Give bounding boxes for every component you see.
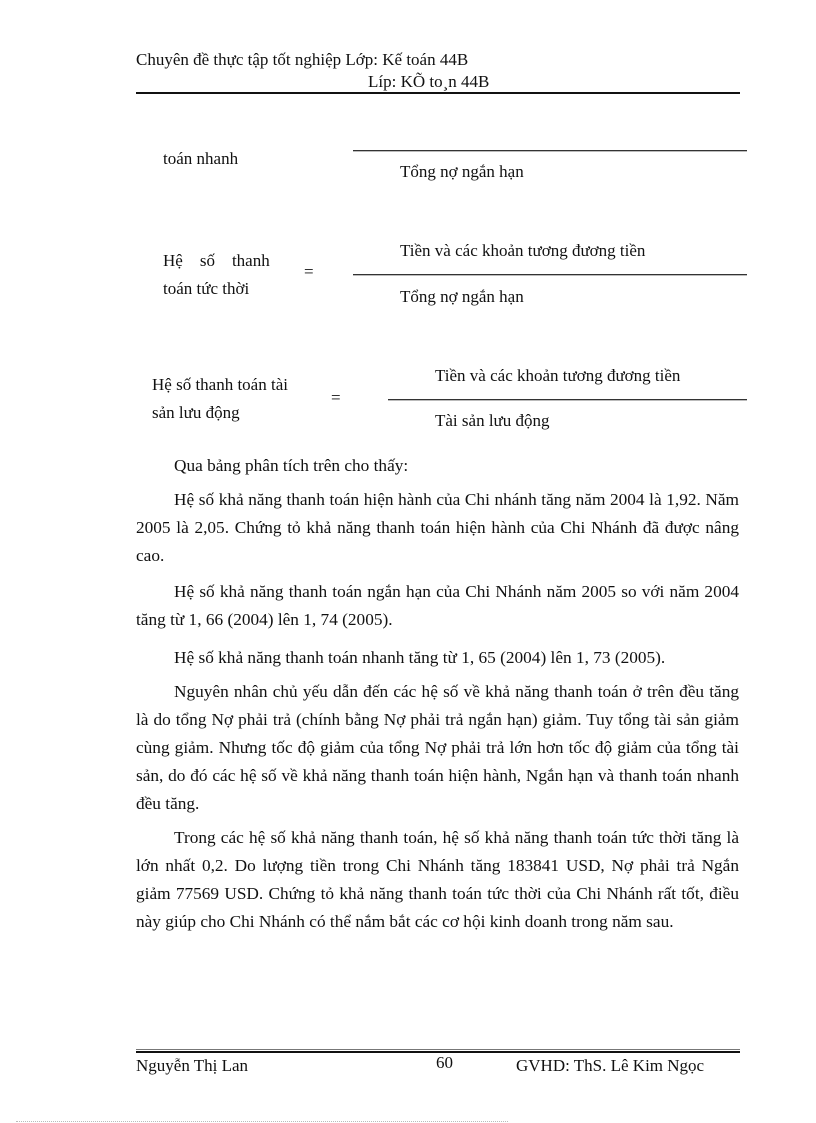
- formula-label-line1: Hệ số thanh toán tài: [152, 375, 288, 395]
- formula-denominator: Tài sản lưu động: [435, 411, 550, 431]
- equals-sign: =: [304, 262, 314, 282]
- paragraph-quick-ratio: Hệ số khả năng thanh toán nhanh tăng từ …: [136, 644, 739, 672]
- header-class-garbled: Líp: KÕ to¸n 44B: [368, 72, 489, 92]
- page-edge-dotted-line: [16, 1121, 508, 1122]
- header-title: Chuyên đề thực tập tốt nghiệp Lớp: Kế to…: [136, 50, 468, 70]
- equals-sign: =: [331, 388, 341, 408]
- paragraph-short-term-ratio: Hệ số khả năng thanh toán ngắn hạn của C…: [136, 578, 739, 634]
- formula-denominator: Tổng nợ ngắn hạn: [400, 287, 524, 307]
- formula-label-line2: toán tức thời: [163, 279, 249, 299]
- formula-denominator: Tổng nợ ngắn hạn: [400, 162, 524, 182]
- footer-author: Nguyễn Thị Lan: [136, 1056, 248, 1076]
- header-rule: [136, 92, 740, 94]
- fraction-line: [353, 274, 747, 276]
- intro-text: Qua bảng phân tích trên cho thấy:: [136, 452, 739, 480]
- paragraph-cause: Nguyên nhân chủ yếu dẫn đến các hệ số về…: [136, 678, 739, 818]
- formula-label: toán nhanh: [163, 149, 238, 169]
- page-number: 60: [436, 1053, 453, 1073]
- paragraph-instant-ratio: Trong các hệ số khả năng thanh toán, hệ …: [136, 824, 739, 936]
- formula-label-line2: sản lưu động: [152, 403, 240, 423]
- formula-numerator: Tiền và các khoản tương đương tiền: [400, 241, 645, 261]
- label-text: Hệ số thanh: [163, 251, 270, 270]
- formula-numerator: Tiền và các khoản tương đương tiền: [435, 366, 680, 386]
- footer-rule-thin: [136, 1049, 740, 1050]
- footer-advisor: GVHD: ThS. Lê Kim Ngọc: [516, 1056, 704, 1076]
- fraction-line: [353, 150, 747, 152]
- formula-label-line1: Hệ số thanh: [163, 251, 270, 271]
- fraction-line: [388, 399, 747, 401]
- paragraph-current-ratio: Hệ số khả năng thanh toán hiện hành của …: [136, 486, 739, 570]
